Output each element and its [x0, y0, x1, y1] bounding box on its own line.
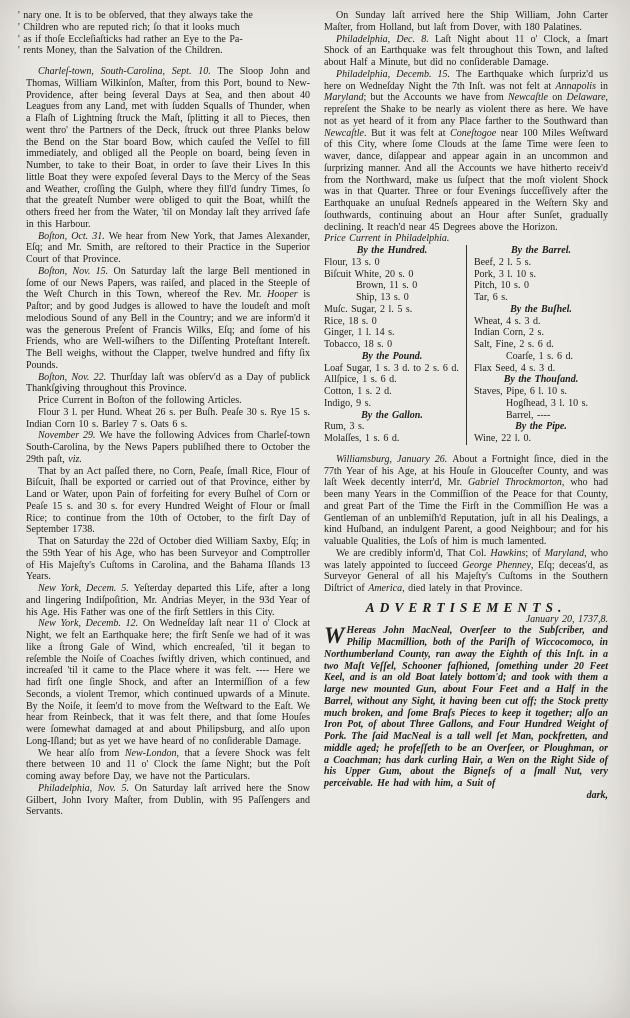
emphasized-text: November 29. — [38, 430, 99, 441]
price-item: Indigo, 9 s. — [324, 398, 460, 410]
price-item: Wheat, 4 s. 3 d. — [474, 316, 608, 328]
price-item: Pork, 3 l. 10 s. — [474, 269, 608, 281]
price-item: Barrel, ---- — [474, 410, 608, 422]
body-text: Flour 3 l. per Hund. Wheat 26 s. per Buſ… — [26, 407, 310, 430]
macneal-runaway-advertisement: WHereas John MacNeal, Overſeer to the Su… — [324, 625, 608, 790]
price-group-heading: By the Hundred. — [324, 245, 460, 257]
emphasized-text: George Phenney — [462, 560, 531, 571]
price-table-right-column: By the Barrel.Beef, 2 l. 5 s.Pork, 3 l. … — [466, 245, 608, 445]
boston-price-current-intro: Price Current in Boſton of the following… — [26, 395, 310, 407]
quoted-line: ' nary one. It is to be obſerved, that t… — [18, 10, 310, 22]
body-text: On Wedneſday laſt near 11 o' Clock at Ni… — [26, 618, 310, 747]
emphasized-text: dark, — [587, 790, 608, 801]
advertisement-dateline: January 20, 1737,8. — [324, 614, 608, 626]
new-york-dec-12-earthquake: New York, Decemb. 12. On Wedneſday laſt … — [26, 618, 310, 747]
price-item: Loaf Sugar, 1 s. 3 d. to 2 s. 6 d. — [324, 363, 460, 375]
price-item: Ship, 13 s. 0 — [324, 292, 460, 304]
charlestown-sept-10-report: Charleſ-town, South-Carolina, Sept. 10. … — [26, 66, 310, 231]
body-text: on — [548, 92, 566, 103]
price-item: Tobacco, 18 s. 0 — [324, 339, 460, 351]
emphasized-text: Coneſtogoe — [450, 128, 496, 139]
price-item: Pitch, 10 s. 0 — [474, 280, 608, 292]
price-item: Wine, 22 l. 0. — [474, 433, 608, 445]
emphasized-text: Boſton, Oct. 31. — [38, 231, 109, 242]
emphasized-text: Charleſ-town, South-Carolina, Sept. 10. — [38, 66, 217, 77]
price-item: Hogſhead, 3 l. 10 s. — [474, 398, 608, 410]
price-item: Flour, 13 s. 0 — [324, 257, 460, 269]
hawkins-surveyor-general-notice: We are credibly inform'd, That Col. Hawk… — [324, 548, 608, 595]
body-text: Hereas John MacNeal, Overſeer to the Sub… — [324, 625, 608, 789]
emphasized-text: Newcaſtle — [324, 128, 364, 139]
november-29-advices: November 29. We have the following Advic… — [26, 430, 310, 465]
price-current-heading: Price Current in Philadelphia. — [324, 233, 608, 245]
price-item: Brown, 11 s. 0 — [324, 280, 460, 292]
emphasized-text: January 20, 1737,8. — [526, 614, 608, 625]
body-text: near 100 Miles Weſtward of this City, wh… — [324, 128, 608, 233]
price-group-heading: By the Pound. — [324, 351, 460, 363]
quoted-line: ' as if thoſe Eccleſiaſticks had rather … — [18, 34, 310, 46]
emphasized-text: Boſton, Nov. 15. — [38, 266, 114, 277]
body-text: ' rents Money, than the Salvation of the… — [18, 45, 223, 56]
body-text: ' nary one. It is to be obſerved, that t… — [18, 10, 253, 21]
quoted-excerpt: ' nary one. It is to be obſerved, that t… — [26, 10, 310, 57]
price-group-heading: By the Barrel. — [474, 245, 608, 257]
body-text: ; but the Accounts we have from — [363, 92, 508, 103]
boston-nov-15-report: Boſton, Nov. 15. On Saturday laſt the la… — [26, 266, 310, 372]
body-text: We hear alſo from — [38, 748, 125, 759]
price-item: Indian Corn, 2 s. — [474, 327, 608, 339]
emphasized-text: Delaware — [566, 92, 605, 103]
body-text: ' Children who are reputed rich; ſo that… — [18, 22, 240, 33]
body-text: , died lately in that Province. — [402, 583, 522, 594]
drop-cap: W — [324, 625, 346, 646]
advertisements-heading: ADVERTISEMENTS. — [324, 602, 608, 614]
body-text: We are credibly inform'd, That Col. — [336, 548, 490, 559]
quoted-line: ' rents Money, than the Salvation of the… — [18, 45, 310, 57]
left-column: ' nary one. It is to be obſerved, that t… — [26, 10, 310, 818]
body-text: On Sunday laſt arrived here the Ship Wil… — [324, 10, 608, 33]
new-york-dec-5-obituary: New York, Decem. 5. Yeſterday departed t… — [26, 583, 310, 618]
price-item: Tar, 6 s. — [474, 292, 608, 304]
price-item: Staves, Pipe, 6 l. 10 s. — [474, 386, 608, 398]
body-text: Price Current in Boſton of the following… — [38, 395, 242, 406]
price-table-left-column: By the Hundred.Flour, 13 s. 0Biſcuit Whi… — [324, 245, 466, 445]
price-item: Molaſſes, 1 s. 6 d. — [324, 433, 460, 445]
price-item: Coarſe, 1 s. 6 d. — [474, 351, 608, 363]
emphasized-text: New York, Decem. 5. — [38, 583, 134, 594]
boston-price-current-list: Flour 3 l. per Hund. Wheat 26 s. per Buſ… — [26, 407, 310, 431]
price-item: Beef, 2 l. 5 s. — [474, 257, 608, 269]
price-item: Cotton, 1 s. 2 d. — [324, 386, 460, 398]
emphasized-text: New York, Decemb. 12. — [38, 618, 143, 629]
new-london-shock: We hear alſo from New-London, that a ſev… — [26, 748, 310, 783]
body-text: in — [596, 81, 608, 92]
philadelphia-dec-8-earthquake: Philadelphia, Dec. 8. Laſt Night about 1… — [324, 34, 608, 69]
saxby-obituary: That on Saturday the 22d of October died… — [26, 536, 310, 583]
body-text: is Paſtor; and by good Judges is allowed… — [26, 289, 310, 371]
price-group-heading: By the Pipe. — [474, 421, 608, 433]
price-item: Rum, 3 s. — [324, 421, 460, 433]
price-item: Allſpice, 1 s. 6 d. — [324, 374, 460, 386]
body-text: . But it was felt at — [364, 128, 450, 139]
emphasized-text: New-London — [125, 748, 177, 759]
emphasized-text: Philadelphia, Decemb. 15. — [336, 69, 456, 80]
catchword: dark, — [324, 790, 608, 802]
emphasized-text: Newcaſtle — [508, 92, 548, 103]
emphasized-text: Hooper — [267, 289, 298, 300]
column-container: ' nary one. It is to be obſerved, that t… — [0, 0, 630, 818]
emphasized-text: Hawkins — [490, 548, 525, 559]
body-text: That by an Act paſſed there, no Corn, Pe… — [26, 466, 310, 536]
body-text: in Philadelphia. — [380, 233, 449, 244]
body-text: That on Saturday the 22d of October died… — [26, 536, 310, 582]
price-item: Salt, Fine, 2 s. 6 d. — [474, 339, 608, 351]
price-item: Flax Seed, 4 s. 3 d. — [474, 363, 608, 375]
emphasized-text: Annapolis — [555, 81, 596, 92]
emphasized-text: Philadelphia, Dec. 8. — [336, 34, 435, 45]
price-item: Muſc. Sugar, 2 l. 5 s. — [324, 304, 460, 316]
emphasized-text: Philadelphia, Nov. 5. — [38, 783, 135, 794]
price-item: Ginger, 1 l. 14 s. — [324, 327, 460, 339]
body-text: ; of — [525, 548, 544, 559]
emphasized-text: Maryland — [545, 548, 584, 559]
price-group-heading: By the Gallon. — [324, 410, 460, 422]
price-group-heading: By the Thouſand. — [474, 374, 608, 386]
right-column: On Sunday laſt arrived here the Ship Wil… — [324, 10, 608, 818]
price-item: Biſcuit White, 20 s. 0 — [324, 269, 460, 281]
williamsburg-throckmorton-obituary: Williamsburg, January 26. About a Fortni… — [324, 454, 608, 548]
emphasized-text: Price Current — [324, 233, 380, 244]
emphasized-text: Gabriel Throckmorton — [468, 477, 562, 488]
philadelphia-nov-5-arrival: Philadelphia, Nov. 5. On Saturday laſt a… — [26, 783, 310, 818]
ship-william-arrival: On Sunday laſt arrived here the Ship Wil… — [324, 10, 608, 34]
boston-oct-31-report: Boſton, Oct. 31. We hear from New York, … — [26, 231, 310, 266]
body-text: The Sloop John and Thomas, William Wilki… — [26, 66, 310, 230]
newspaper-page: ' nary one. It is to be obſerved, that t… — [0, 0, 630, 1018]
philadelphia-dec-15-earthquake: Philadelphia, Decemb. 15. The Earthquake… — [324, 69, 608, 234]
philadelphia-price-table: By the Hundred.Flour, 13 s. 0Biſcuit Whi… — [324, 245, 608, 445]
price-group-heading: By the Buſhel. — [474, 304, 608, 316]
emphasized-text: America — [368, 583, 402, 594]
body-text: ' as if thoſe Eccleſiaſticks had rather … — [18, 34, 243, 45]
price-item: Rice, 18 s. 0 — [324, 316, 460, 328]
carolina-export-act: That by an Act paſſed there, no Corn, Pe… — [26, 466, 310, 537]
emphasized-text: Boſton, Nov. 22. — [38, 372, 110, 383]
quoted-line: ' Children who are reputed rich; ſo that… — [18, 22, 310, 34]
emphasized-text: Williamsburg, January 26. — [336, 454, 452, 465]
emphasized-text: Maryland — [324, 92, 363, 103]
emphasized-text: viz. — [68, 454, 82, 465]
boston-nov-22-report: Boſton, Nov. 22. Thurſday laſt was obſer… — [26, 372, 310, 396]
